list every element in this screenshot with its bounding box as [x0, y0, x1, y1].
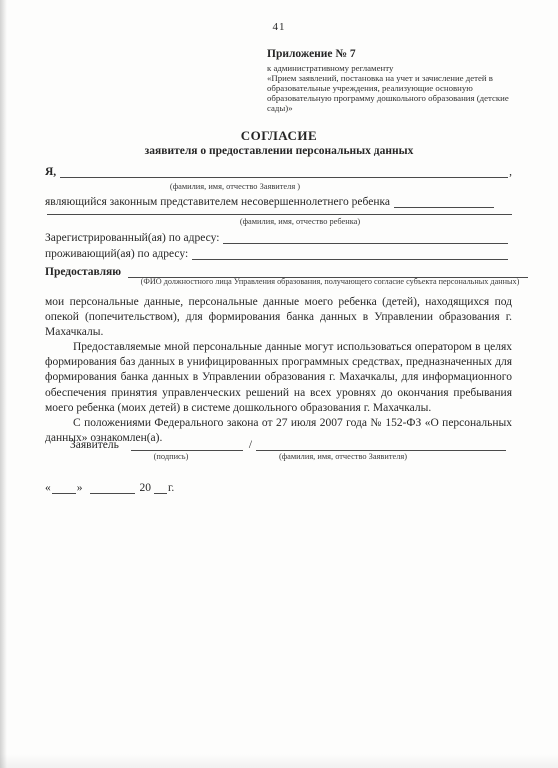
year-blank-line: [154, 480, 167, 494]
scan-edge-shadow: [0, 0, 7, 768]
child-name-blank-line: [47, 199, 512, 215]
applicant-fullname-blank-line: [256, 436, 506, 451]
body-paragraph: Предоставляемые мной персональные данные…: [45, 340, 512, 415]
annex-line: к административному регламенту: [267, 63, 517, 73]
i-label: Я,: [45, 166, 56, 178]
day-blank-line: [52, 480, 76, 494]
official-name-caption: (ФИО должностного лица Управления образо…: [128, 277, 532, 286]
signature-blank-line: [131, 436, 243, 451]
page-number: 41: [0, 21, 558, 33]
close-quote: »: [77, 482, 83, 494]
applicant-name-caption: (фамилия, имя, отчество Заявителя ): [110, 182, 360, 191]
applicant-name-blank-line: [60, 163, 508, 178]
residing-address-row: проживающий(ая) по адресу:: [45, 245, 508, 260]
provide-label: Предоставляю: [45, 266, 121, 278]
annex-line: образовательную программу дошкольного об…: [267, 93, 517, 103]
annex-line: образовательные учреждения, реализующие …: [267, 83, 517, 93]
registered-address-blank-line: [223, 229, 508, 244]
annex-title: Приложение № 7: [267, 48, 517, 60]
date-row: « » 20 г.: [45, 480, 174, 494]
year-suffix: г.: [168, 482, 174, 494]
official-name-blank-line: [128, 263, 528, 278]
document-subtitle: заявителя о предоставлении персональных …: [0, 145, 558, 157]
body-paragraph: мои персональные данные, персональные да…: [45, 295, 512, 340]
annex-line: сады)»: [267, 103, 517, 113]
scanned-document-page: 41 Приложение № 7 к административному ре…: [0, 0, 558, 768]
open-quote: «: [45, 482, 51, 494]
signature-label: Заявитель: [70, 439, 119, 451]
registered-address-row: Зарегистрированный(ая) по адресу:: [45, 229, 508, 244]
provide-row: Предоставляю: [45, 263, 528, 278]
trailing-comma: ,: [509, 166, 512, 178]
scan-bottom-shadow: [0, 754, 558, 768]
signature-slash: /: [249, 439, 252, 451]
residing-address-blank-line: [192, 245, 508, 260]
signature-caption: (подпись): [115, 452, 227, 461]
document-title: СОГЛАСИЕ: [0, 128, 558, 144]
month-blank-line: [90, 480, 135, 494]
signature-row: Заявитель /: [70, 436, 506, 451]
registered-address-label: Зарегистрированный(ая) по адресу:: [45, 232, 219, 244]
fullname-caption: (фамилия, имя, отчество Заявителя): [243, 452, 443, 461]
body-text: мои персональные данные, персональные да…: [45, 295, 512, 446]
child-name-caption: (фамилия, имя, отчество ребенка): [175, 217, 425, 226]
year-prefix: 20: [140, 482, 152, 494]
annex-line: «Прием заявлений, постановка на учет и з…: [267, 73, 517, 83]
annex-block: Приложение № 7 к административному регла…: [267, 48, 517, 113]
residing-address-label: проживающий(ая) по адресу:: [45, 248, 188, 260]
applicant-name-row: Я, ,: [45, 163, 512, 178]
